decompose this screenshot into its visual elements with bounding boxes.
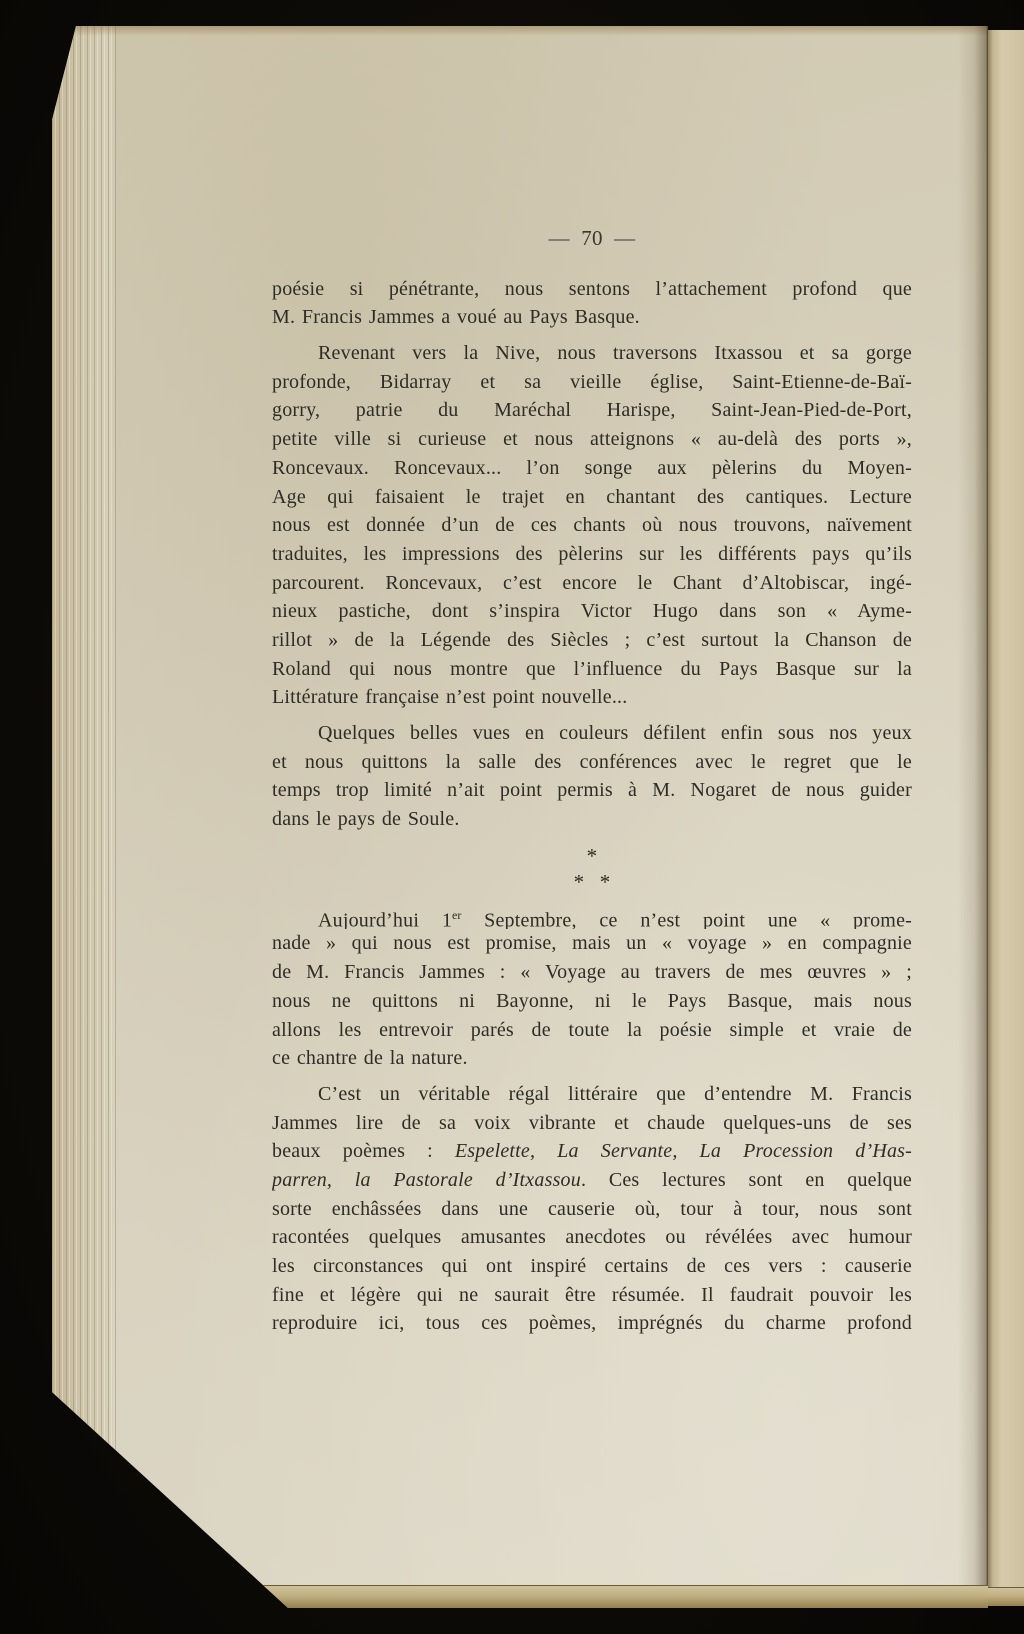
- text-run: nade » qui nous est promise, mais un « v…: [272, 932, 912, 954]
- text-run: petite ville si curieuse et nous atteign…: [272, 428, 912, 450]
- text-line: sorte enchâssées dans une causerie où, t…: [272, 1195, 912, 1224]
- text-run: Age qui faisaient le trajet en chantant …: [272, 486, 912, 508]
- text-run: parren, la Pastorale d’Itxassou: [272, 1169, 581, 1191]
- text-line: Age qui faisaient le trajet en chantant …: [272, 483, 912, 512]
- text-line: M. Francis Jammes a voué au Pays Basque.: [272, 303, 912, 332]
- text-run: nous ne quittons ni Bayonne, ni le Pays …: [272, 990, 912, 1012]
- separator-line: *: [272, 843, 912, 869]
- facing-page-edge: [988, 30, 1024, 1606]
- text-run: Quelques belles vues en couleurs défilen…: [318, 722, 912, 744]
- text-line: gorry, patrie du Maréchal Harispe, Saint…: [272, 396, 912, 425]
- text-run: poésie si pénétrante, nous sentons l’att…: [272, 278, 912, 300]
- text-line: dans le pays de Soule.: [272, 805, 912, 834]
- text-run: les circonstances qui ont inspiré certai…: [272, 1255, 912, 1277]
- text-line: C’est un véritable régal littéraire que …: [272, 1080, 912, 1109]
- page-text: — 70 — poésie si pénétrante, nous senton…: [272, 26, 912, 1345]
- text-line: petite ville si curieuse et nous atteign…: [272, 425, 912, 454]
- text-line: nous ne quittons ni Bayonne, ni le Pays …: [272, 987, 912, 1016]
- binding-gutter-shadow: [958, 26, 988, 1608]
- text-line: rillot » de la Légende des Siècles ; c’e…: [272, 626, 912, 655]
- text-run: Aujourd’hui 1: [318, 909, 452, 929]
- text-line: temps trop limité n’ait point permis à M…: [272, 776, 912, 805]
- text-run: et nous quittons la salle des conférence…: [272, 751, 912, 773]
- text-run: Septembre, ce n’est point une « prome-: [461, 909, 912, 929]
- text-line: Aujourd’hui 1er Septembre, ce n’est poin…: [272, 901, 912, 930]
- facing-page-bottom-edge: [988, 1587, 1024, 1606]
- text-line: et nous quittons la salle des conférence…: [272, 748, 912, 777]
- paragraph: Quelques belles vues en couleurs défilen…: [272, 719, 912, 834]
- text-line: allons les entrevoir parés de toute la p…: [272, 1016, 912, 1045]
- text-run: Revenant vers la Nive, nous traversons I…: [318, 342, 912, 364]
- page-number: — 70 —: [272, 224, 912, 253]
- page-bottom-edge: [202, 1585, 988, 1608]
- text-line: Revenant vers la Nive, nous traversons I…: [272, 339, 912, 368]
- text-run: Littérature française n’est point nouvel…: [272, 686, 627, 708]
- text-run: fine et légère qui ne saurait être résum…: [272, 1284, 912, 1306]
- text-run: gorry, patrie du Maréchal Harispe, Saint…: [272, 399, 912, 421]
- text-line: Littérature française n’est point nouvel…: [272, 683, 912, 712]
- text-run: nous est donnée d’un de ces chants où no…: [272, 514, 912, 536]
- text-line: Quelques belles vues en couleurs défilen…: [272, 719, 912, 748]
- text-run: Roncevaux. Roncevaux... l’on songe aux p…: [272, 457, 912, 479]
- text-line: les circonstances qui ont inspiré certai…: [272, 1252, 912, 1281]
- text-line: nade » qui nous est promise, mais un « v…: [272, 929, 912, 958]
- page-stack-edges: [52, 26, 116, 1608]
- text-line: beaux poèmes : Espelette, La Servante, L…: [272, 1137, 912, 1166]
- text-run: parcourent. Roncevaux, c’est encore le C…: [272, 572, 912, 594]
- text-run: sorte enchâssées dans une causerie où, t…: [272, 1198, 912, 1220]
- text-run: Jammes lire de sa voix vibrante et chaud…: [272, 1112, 912, 1134]
- scanned-book-photo: — 70 — poésie si pénétrante, nous senton…: [0, 0, 1024, 1634]
- text-run: . Ces lectures sont en quelque: [581, 1169, 912, 1191]
- text-line: parcourent. Roncevaux, c’est encore le C…: [272, 569, 912, 598]
- text-run: ce chantre de la nature.: [272, 1047, 468, 1069]
- text-run: reproduire ici, tous ces poèmes, imprégn…: [272, 1312, 912, 1334]
- text-run: temps trop limité n’ait point permis à M…: [272, 779, 912, 801]
- paragraph: Revenant vers la Nive, nous traversons I…: [272, 339, 912, 712]
- text-run: traduites, les impressions des pèlerins …: [272, 543, 912, 565]
- text-run: profonde, Bidarray et sa vieille église,…: [272, 371, 912, 393]
- text-run: allons les entrevoir parés de toute la p…: [272, 1019, 912, 1041]
- text-run: de M. Francis Jammes : « Voyage au trave…: [272, 961, 912, 983]
- text-line: Jammes lire de sa voix vibrante et chaud…: [272, 1109, 912, 1138]
- text-line: poésie si pénétrante, nous sentons l’att…: [272, 275, 912, 304]
- text-run: racontées quelques amusantes anecdotes o…: [272, 1226, 912, 1248]
- text-run: M. Francis Jammes a voué au Pays Basque.: [272, 306, 640, 328]
- text-run: dans le pays de Soule.: [272, 808, 460, 830]
- text-line: ce chantre de la nature.: [272, 1044, 912, 1073]
- text-line: profonde, Bidarray et sa vieille église,…: [272, 368, 912, 397]
- text-line: reproduire ici, tous ces poèmes, imprégn…: [272, 1309, 912, 1338]
- book-page: — 70 — poésie si pénétrante, nous senton…: [52, 26, 988, 1608]
- text-line: Roland qui nous montre que l’influence d…: [272, 655, 912, 684]
- text-line: racontées quelques amusantes anecdotes o…: [272, 1223, 912, 1252]
- text-run: rillot » de la Légende des Siècles ; c’e…: [272, 629, 912, 651]
- text-run: er: [452, 908, 461, 922]
- text-run: beaux poèmes :: [272, 1140, 455, 1162]
- text-line: nieux pastiche, dont s’inspira Victor Hu…: [272, 597, 912, 626]
- text-line: parren, la Pastorale d’Itxassou. Ces lec…: [272, 1166, 912, 1195]
- text-run: C’est un véritable régal littéraire que …: [318, 1083, 912, 1105]
- text-run: Roland qui nous montre que l’influence d…: [272, 658, 912, 680]
- text-run: Espelette, La Servante, La Procession d’…: [455, 1140, 912, 1162]
- text-line: traduites, les impressions des pèlerins …: [272, 540, 912, 569]
- separator-line: * *: [272, 869, 912, 895]
- text-line: Roncevaux. Roncevaux... l’on songe aux p…: [272, 454, 912, 483]
- text-line: de M. Francis Jammes : « Voyage au trave…: [272, 958, 912, 987]
- paragraph: poésie si pénétrante, nous sentons l’att…: [272, 275, 912, 332]
- text-line: fine et légère qui ne saurait être résum…: [272, 1281, 912, 1310]
- text-line: nous est donnée d’un de ces chants où no…: [272, 511, 912, 540]
- paragraph: Aujourd’hui 1er Septembre, ce n’est poin…: [272, 901, 912, 1073]
- text-run: nieux pastiche, dont s’inspira Victor Hu…: [272, 600, 912, 622]
- asterisk-separator: ** *: [272, 843, 912, 895]
- paragraph: C’est un véritable régal littéraire que …: [272, 1080, 912, 1338]
